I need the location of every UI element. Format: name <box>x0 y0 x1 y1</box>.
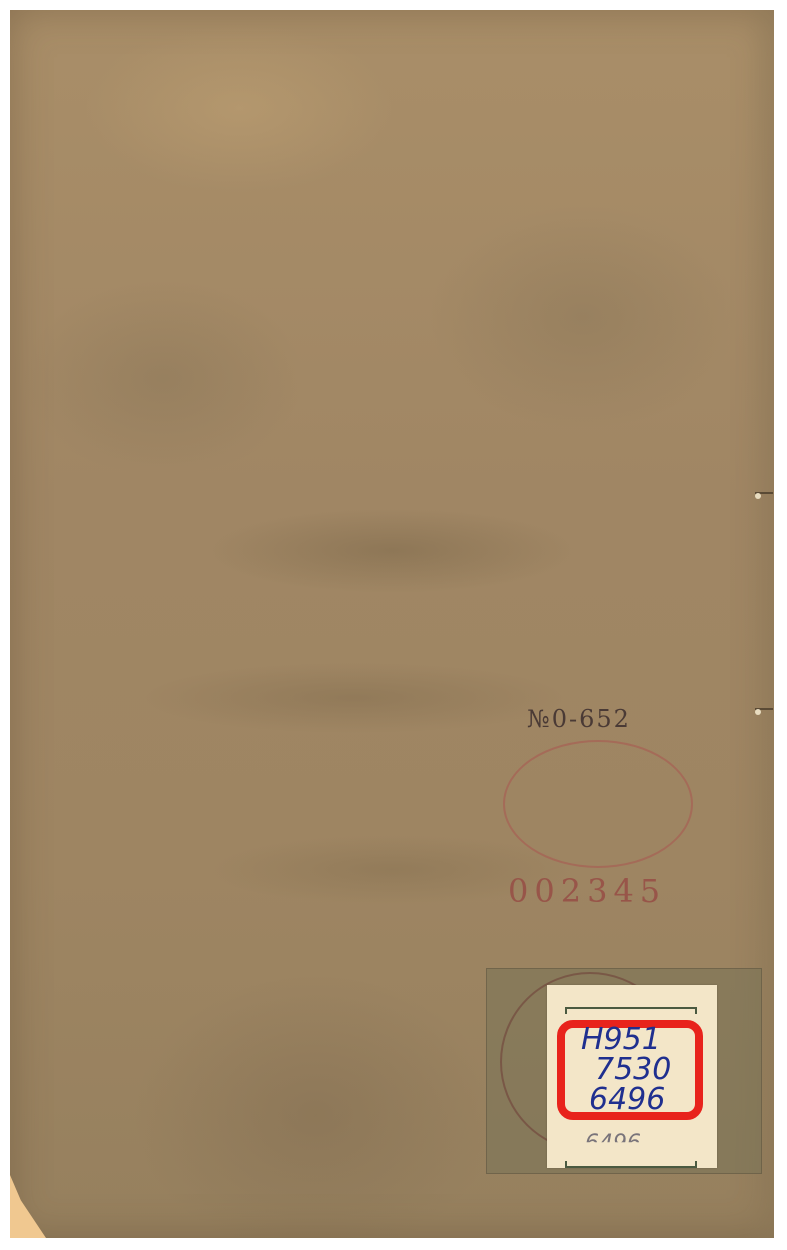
call-number-label: H951 7530 6496 6496 <box>547 985 717 1168</box>
call-number-line: 7530 <box>581 1055 701 1085</box>
label-bracket-top <box>565 1007 697 1014</box>
call-number-line: 6496 <box>581 1085 701 1115</box>
call-number-line: H951 <box>581 1025 701 1055</box>
label-underprint: 6496 <box>585 1131 641 1156</box>
serial-number-stamp: 002345 <box>508 872 666 910</box>
acquisition-number: №0-652 <box>527 705 631 733</box>
library-oval-stamp <box>503 740 693 868</box>
call-number-handwriting: H951 7530 6496 <box>581 1025 701 1115</box>
binding-stitch-mark <box>755 492 773 494</box>
label-bracket-bottom <box>565 1161 697 1168</box>
binding-stitch-mark <box>755 708 773 710</box>
